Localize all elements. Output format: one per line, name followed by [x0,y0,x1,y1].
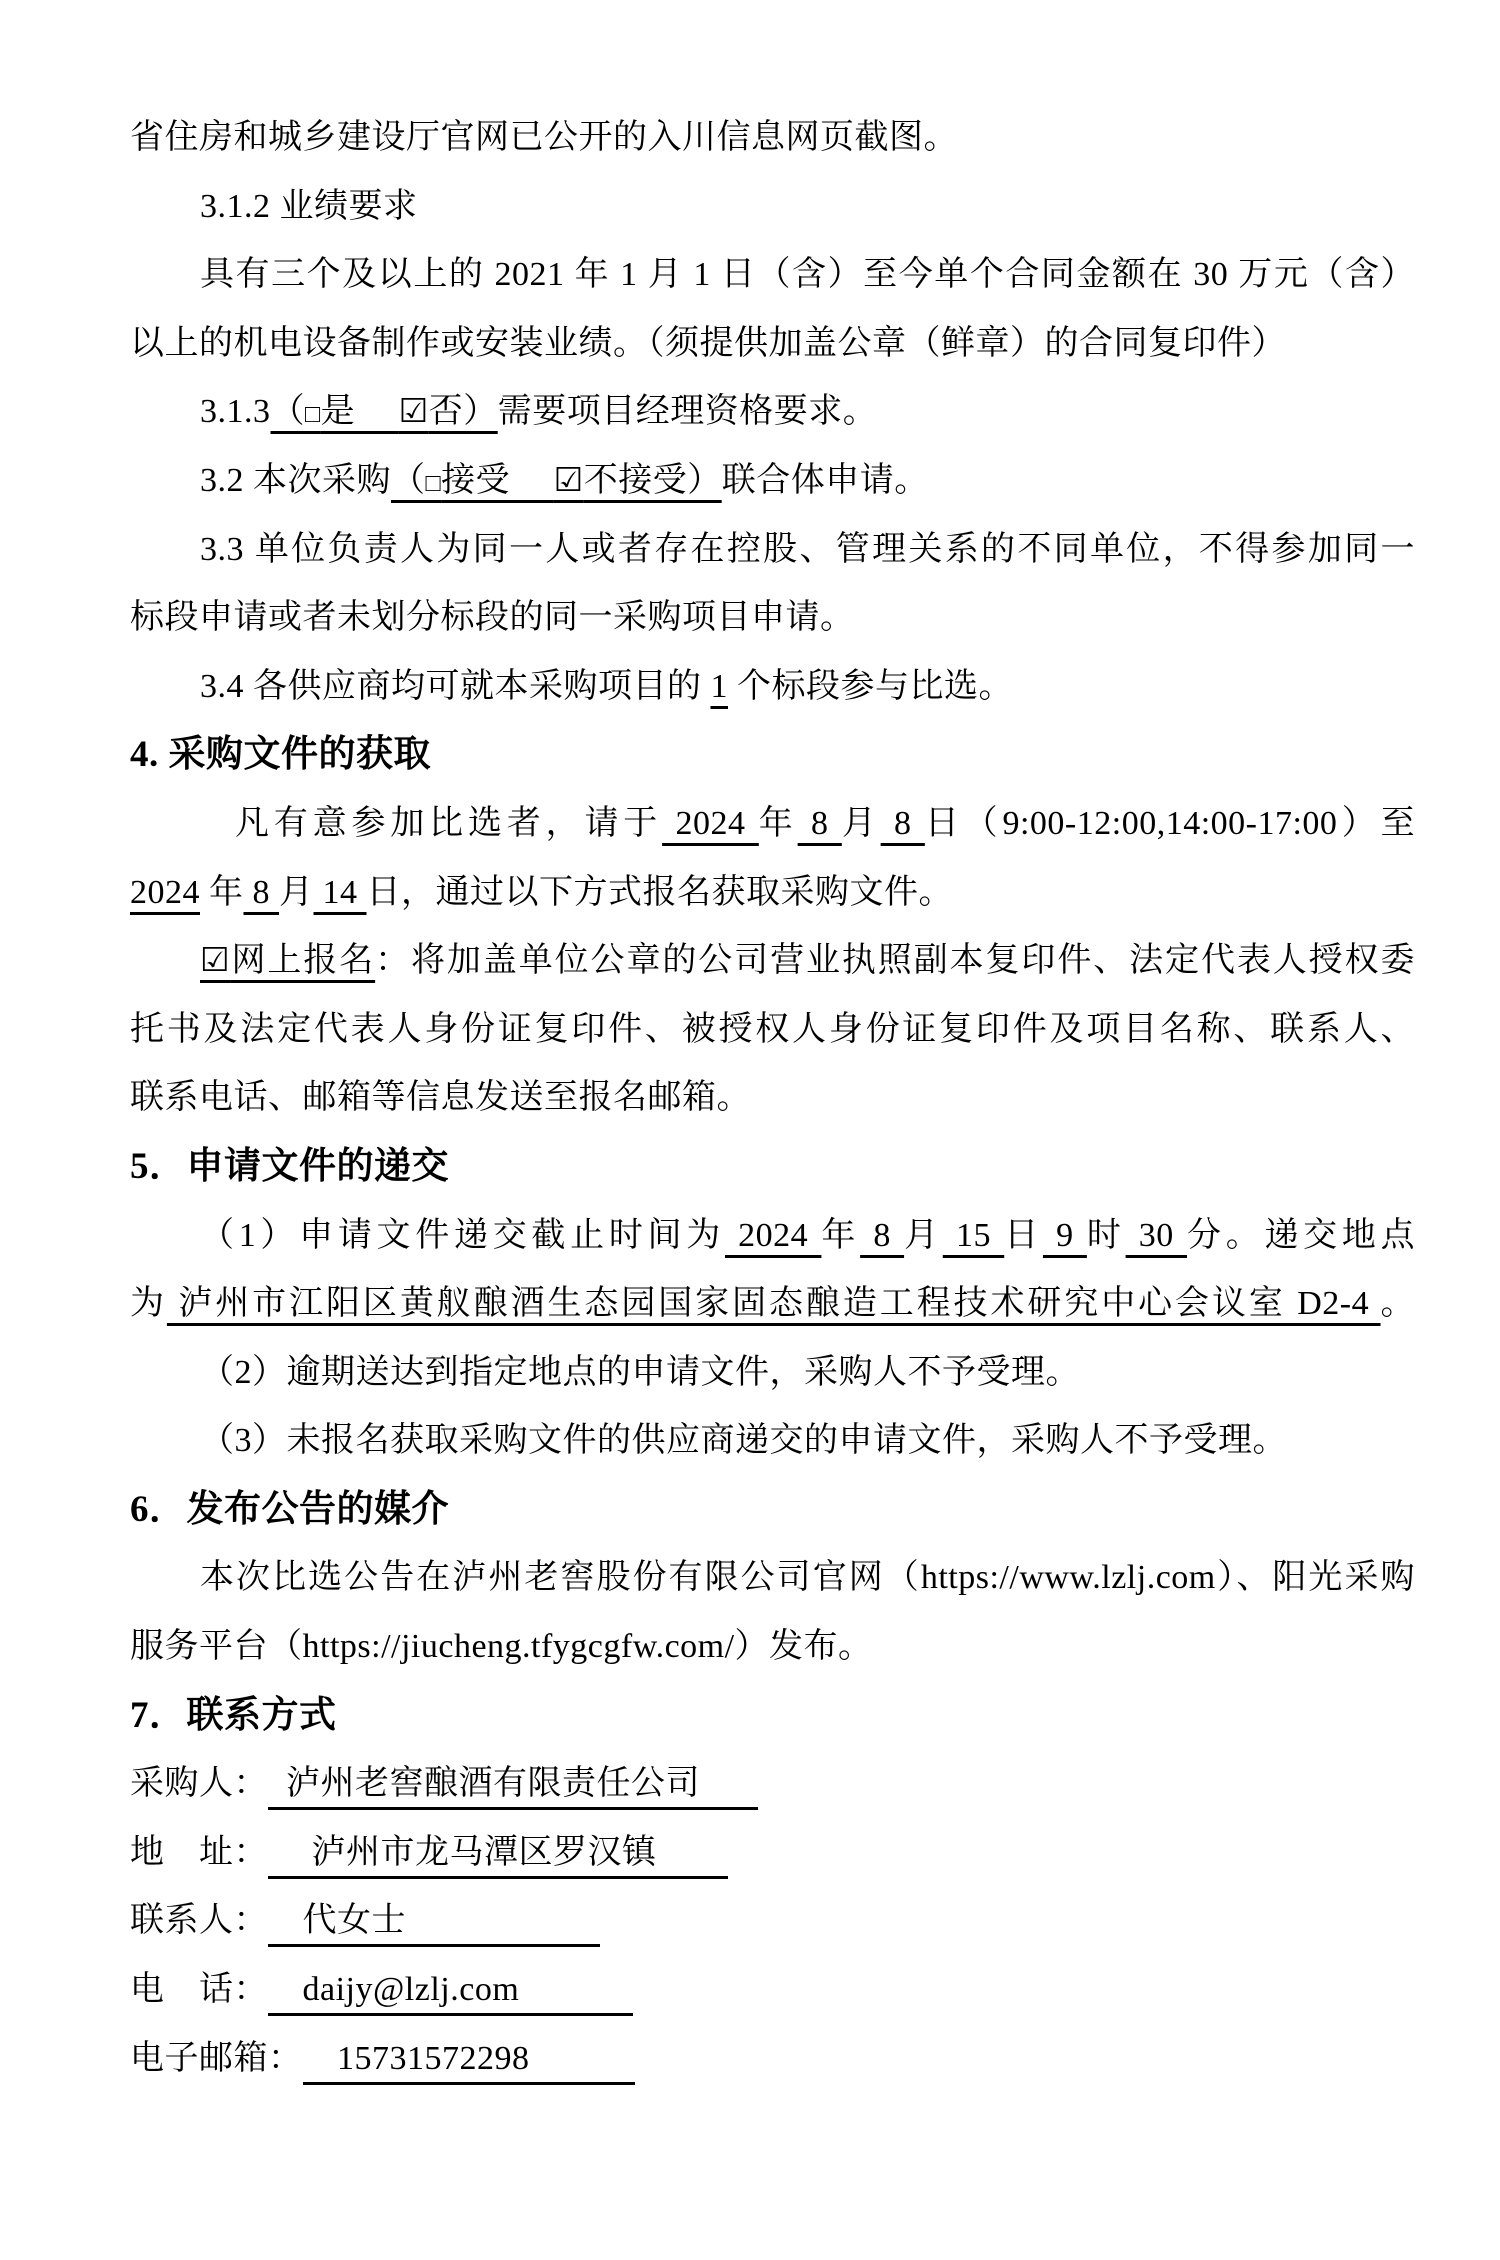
para-performance-requirement-line1-run-0: 具有三个及以上的 2021 年 1 月 1 日（含）至今单个合同金额在 30 万… [200,256,1415,293]
para-3-3-same-controller-line2-run-0: 标段申请或者未划分标段的同一采购项目申请。 [130,599,855,636]
para-3-1-3-project-manager-run-0: 3.1.3 [200,393,271,430]
para-3-3-same-controller-line1-run-0: 3.3 单位负责人为同一人或者存在控股、管理关系的不同单位，不得参加同一 [200,531,1415,568]
para-5-1-location-run-0: 为 [130,1285,167,1322]
para-5-1-location-run-1: 泸州市江阳区黄舣酿酒生态园国家固态酿造工程技术研究中心会议室 D2-4 [167,1285,1381,1322]
heading-3-1-2-run-0: 3.1.2 业绩要求 [200,188,418,225]
contact-value-address: 泸州市龙马潭区罗汉镇 [268,1830,728,1879]
para-5-1-deadline-run-8: 时 [1087,1217,1126,1254]
para-registration-period-line2-run-4: 14 [314,874,367,911]
para-5-1-deadline-run-3: 8 [860,1217,904,1254]
para-5-1-deadline-run-2: 年 [821,1217,860,1254]
para-sichuan-entry-screenshot: 省住房和城乡建设厅官网已公开的入川信息网页截图。 [130,104,1415,173]
para-3-1-3-project-manager-run-1: （ [271,393,306,430]
contact-label-email: 电子邮箱： [130,2040,303,2077]
para-registration-period-line1-run-4: 月 [842,805,881,842]
para-sichuan-entry-screenshot-run-0: 省住房和城乡建设厅官网已公开的入川信息网页截图。 [130,119,958,156]
para-registration-period-line2-run-2: 8 [244,874,280,911]
para-5-1-deadline-run-6: 日 [1004,1217,1043,1254]
heading-3-1-2: 3.1.2 业绩要求 [130,173,1415,242]
para-registration-period-line2-run-0: 2024 [130,874,200,911]
para-online-registration-line1-run-1: 网上报名 [230,942,375,979]
heading-4-document-acquisition: 4. 采购文件的获取 [130,721,1415,790]
para-registration-period-line2-run-5: 日，通过以下方式报名获取采购文件。 [367,874,954,911]
para-3-3-same-controller-line2: 标段申请或者未划分标段的同一采购项目申请。 [130,584,1415,653]
para-registration-period-line2-run-1: 年 [200,874,244,911]
para-performance-requirement-line1: 具有三个及以上的 2021 年 1 月 1 日（含）至今单个合同金额在 30 万… [130,241,1415,310]
para-5-3-unregistered-run-0: （3）未报名获取采购文件的供应商递交的申请文件，采购人不予受理。 [200,1422,1287,1459]
para-5-1-deadline-run-5: 15 [943,1217,1004,1254]
document-page: 省住房和城乡建设厅官网已公开的入川信息网页截图。3.1.2 业绩要求具有三个及以… [0,0,1500,2260]
para-5-1-deadline-run-1: 2024 [725,1217,821,1254]
para-3-1-3-project-manager: 3.1.3（□是 ☑否）需要项目经理资格要求。 [130,378,1415,447]
checkbox-checked-icon: ☑ [399,394,429,430]
para-3-4-one-lot: 3.4 各供应商均可就本采购项目的 1 个标段参与比选。 [130,653,1415,722]
contact-value-purchaser: 泸州老窖酿酒有限责任公司 [268,1761,758,1810]
checkbox-unchecked-icon: □ [426,470,442,497]
contact-label-phone: 电 话： [130,1971,268,2008]
para-3-2-consortium-run-1: （ [391,462,426,499]
para-3-2-consortium-run-5: 不接受） [584,462,722,499]
para-3-2-consortium-run-0: 3.2 本次采购 [200,462,391,499]
contact-value-email: 15731572298 [303,2036,635,2085]
heading-5-application-submission-run-0: 5．申请文件的递交 [130,1146,449,1187]
para-media-line1-run-0: 本次比选公告在泸州老窖股份有限公司官网（https://www.lzlj.com… [200,1559,1415,1596]
para-3-4-one-lot-run-2: 个标段参与比选。 [728,668,1013,705]
contact-value-phone: daijy@lzlj.com [268,1967,633,2016]
para-3-3-same-controller-line1: 3.3 单位负责人为同一人或者存在控股、管理关系的不同单位，不得参加同一 [130,516,1415,585]
para-3-1-3-project-manager-run-6: 需要项目经理资格要求。 [498,393,878,430]
para-registration-period-line1-run-2: 年 [759,805,798,842]
contact-row-purchaser: 采购人： 泸州老窖酿酒有限责任公司 [130,1750,1415,1819]
checkbox-checked-icon: ☑ [554,463,584,499]
contact-label-address: 地 址： [130,1834,268,1871]
para-5-1-deadline-run-4: 月 [904,1217,943,1254]
para-performance-requirement-line2: 以上的机电设备制作或安装业绩。（须提供加盖公章（鲜章）的合同复印件） [130,310,1415,379]
para-registration-period-line1-run-0: 凡有意参加比选者，请于 [235,805,662,842]
para-online-registration-line2: 托书及法定代表人身份证复印件、被授权人身份证复印件及项目名称、联系人、 [130,996,1415,1065]
heading-5-application-submission: 5．申请文件的递交 [130,1133,1415,1202]
contact-value-contact-person: 代女士 [268,1898,600,1947]
para-3-1-3-project-manager-run-5: 否） [429,393,498,430]
checkbox-checked-icon: ☑ [200,943,230,979]
heading-6-announcement-media-run-0: 6．发布公告的媒介 [130,1489,449,1530]
para-5-1-deadline-run-0: （1）申请文件递交截止时间为 [200,1217,725,1254]
para-3-2-consortium: 3.2 本次采购（□接受 ☑不接受）联合体申请。 [130,447,1415,516]
para-online-registration-line1-run-3: 将加盖单位公章的公司营业执照副本复印件、法定代表人授权委 [411,942,1415,979]
para-5-3-unregistered: （3）未报名获取采购文件的供应商递交的申请文件，采购人不予受理。 [130,1407,1415,1476]
para-registration-period-line1-run-6: 日（9:00-12:00,14:00-17:00）至 [925,805,1415,842]
para-registration-period-line1-run-3: 8 [798,805,842,842]
para-5-2-late-delivery: （2）逾期送达到指定地点的申请文件，采购人不予受理。 [130,1339,1415,1408]
para-online-registration-line2-run-0: 托书及法定代表人身份证复印件、被授权人身份证复印件及项目名称、联系人、 [130,1011,1415,1048]
para-online-registration-line3-run-0: 联系电话、邮箱等信息发送至报名邮箱。 [130,1079,751,1116]
para-registration-period-line2: 2024 年 8 月 14 日，通过以下方式报名获取采购文件。 [130,859,1415,928]
contact-row-address: 地 址： 泸州市龙马潭区罗汉镇 [130,1819,1415,1888]
para-5-1-deadline: （1）申请文件递交截止时间为 2024 年 8 月 15 日 9 时 30 分。… [130,1202,1415,1271]
para-online-registration-line3: 联系电话、邮箱等信息发送至报名邮箱。 [130,1064,1415,1133]
para-5-1-deadline-run-9: 30 [1126,1217,1187,1254]
para-5-1-deadline-run-10: 分。递交地点 [1187,1217,1415,1254]
heading-4-document-acquisition-run-0: 4. 采购文件的获取 [130,734,431,775]
para-registration-period-line2-run-3: 月 [279,874,314,911]
para-registration-period-line1-run-1: 2024 [662,805,759,842]
contact-row-phone: 电 话： daijy@lzlj.com [130,1956,1415,2025]
contact-row-contact-person: 联系人： 代女士 [130,1887,1415,1956]
para-3-4-one-lot-run-0: 3.4 各供应商均可就本采购项目的 [200,668,711,705]
contact-row-email: 电子邮箱： 15731572298 [130,2025,1415,2094]
heading-6-announcement-media: 6．发布公告的媒介 [130,1476,1415,1545]
contact-label-contact-person: 联系人： [130,1902,268,1939]
para-media-line1: 本次比选公告在泸州老窖股份有限公司官网（https://www.lzlj.com… [130,1544,1415,1613]
contact-label-purchaser: 采购人： [130,1765,268,1802]
para-online-registration-line1: ☑网上报名：将加盖单位公章的公司营业执照副本复印件、法定代表人授权委 [130,927,1415,996]
para-registration-period-line1-run-5: 8 [881,805,925,842]
para-media-line2: 服务平台（https://jiucheng.tfygcgfw.com/）发布。 [130,1613,1415,1682]
para-online-registration-line1-run-2: ： [375,942,411,979]
para-3-2-consortium-run-3: 接受 [441,462,554,499]
para-5-1-deadline-run-7: 9 [1043,1217,1087,1254]
para-media-line2-run-0: 服务平台（https://jiucheng.tfygcgfw.com/）发布。 [130,1628,873,1665]
para-5-2-late-delivery-run-0: （2）逾期送达到指定地点的申请文件，采购人不予受理。 [200,1354,1080,1391]
heading-7-contact-info-run-0: 7．联系方式 [130,1695,337,1736]
para-5-1-location: 为 泸州市江阳区黄舣酿酒生态园国家固态酿造工程技术研究中心会议室 D2-4 。 [130,1270,1415,1339]
para-3-1-3-project-manager-run-3: 是 [321,393,399,430]
para-3-2-consortium-run-6: 联合体申请。 [722,462,929,499]
para-performance-requirement-line2-run-0: 以上的机电设备制作或安装业绩。（须提供加盖公章（鲜章）的合同复印件） [130,325,1286,362]
para-3-4-one-lot-run-1: 1 [711,668,729,705]
para-registration-period-line1: 凡有意参加比选者，请于 2024 年 8 月 8 日（9:00-12:00,14… [130,790,1415,859]
checkbox-unchecked-icon: □ [305,401,321,428]
heading-7-contact-info: 7．联系方式 [130,1682,1415,1751]
para-5-1-location-run-2: 。 [1381,1285,1416,1322]
